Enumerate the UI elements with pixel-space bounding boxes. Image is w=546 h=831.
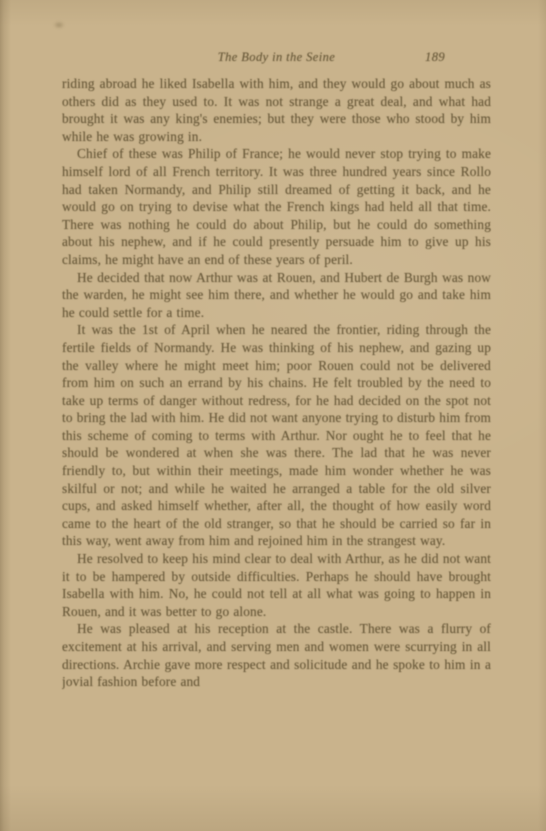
running-head-row: The Body in the Seine 189 xyxy=(62,50,491,67)
body-paragraph: Chief of these was Philip of France; he … xyxy=(62,145,491,268)
body-paragraph: He resolved to keep his mind clear to de… xyxy=(62,550,491,620)
page-body-text: riding abroad he liked Isabella with him… xyxy=(62,75,491,765)
body-paragraph: He was pleased at his reception at the c… xyxy=(62,620,491,690)
scanned-book-page: The Body in the Seine 189 riding abroad … xyxy=(0,0,546,831)
body-paragraph: riding abroad he liked Isabella with him… xyxy=(62,75,491,145)
page-text-area: The Body in the Seine 189 riding abroad … xyxy=(62,50,491,765)
body-paragraph: He decided that now Arthur was at Rouen,… xyxy=(62,269,491,322)
body-paragraph: It was the 1st of April when he neared t… xyxy=(62,321,491,550)
paper-smudge-mark xyxy=(53,21,65,29)
page-number: 189 xyxy=(425,50,445,65)
